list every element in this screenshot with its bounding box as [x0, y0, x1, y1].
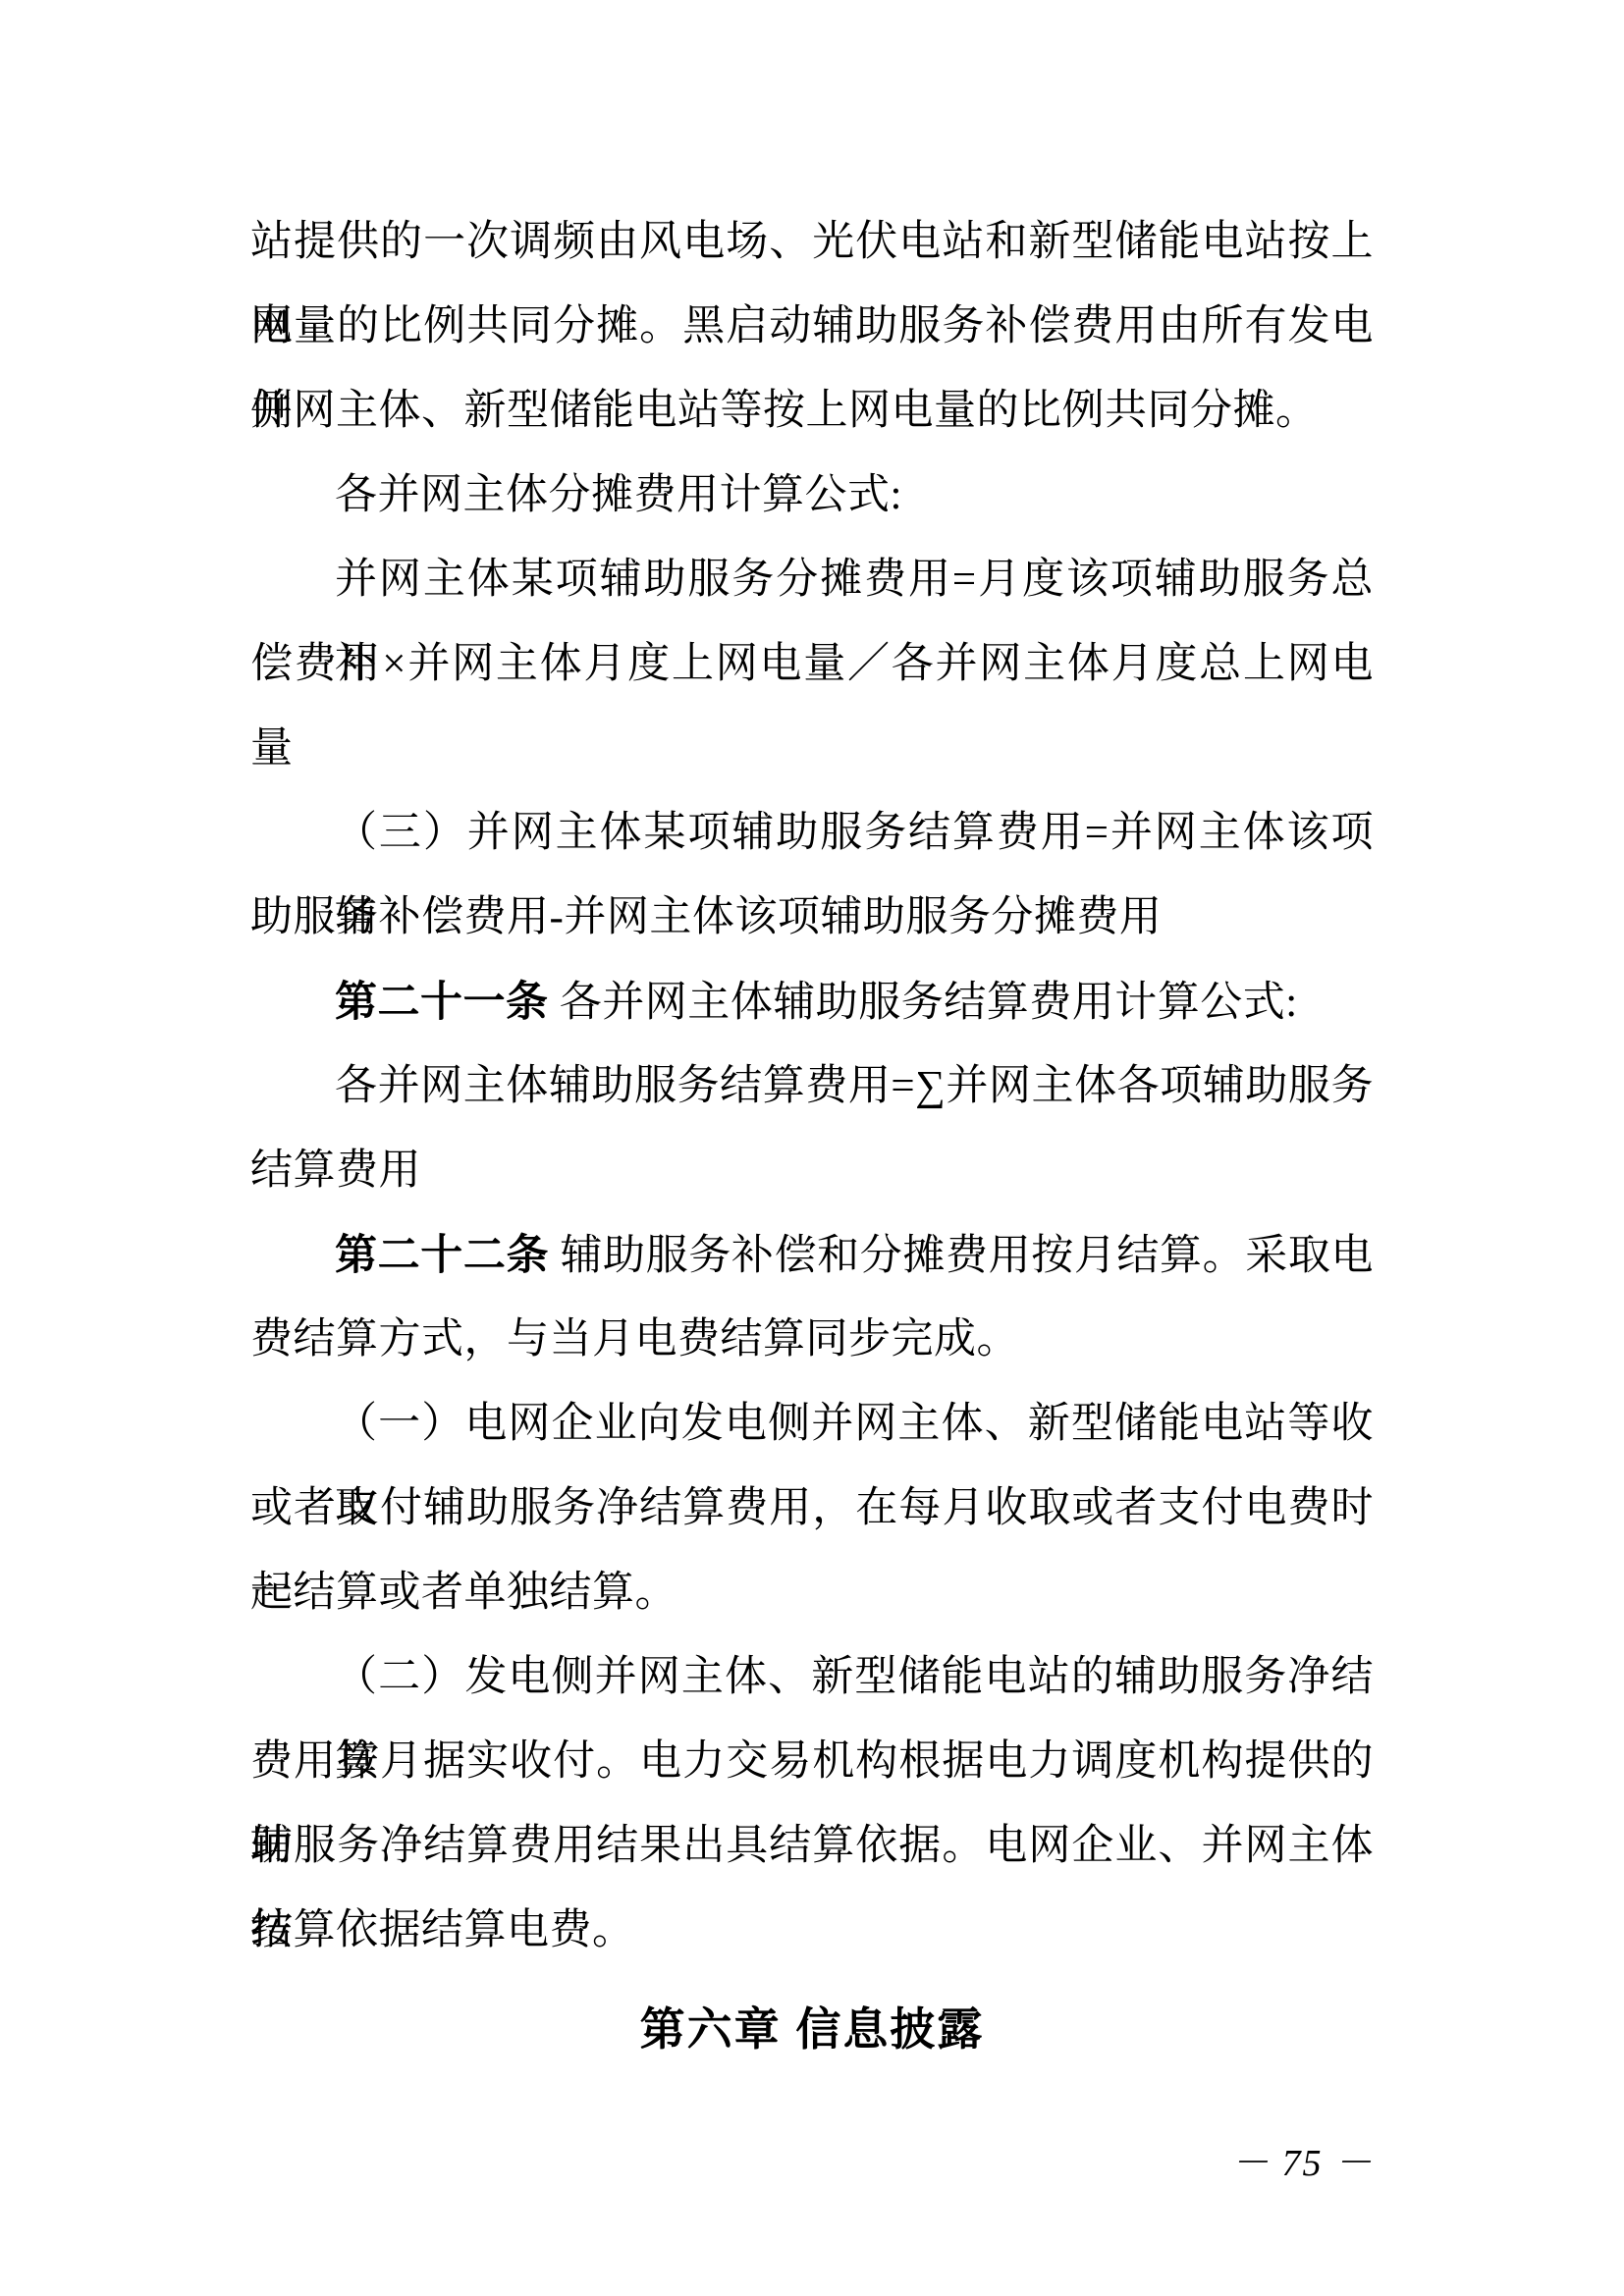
text-line: 第二十一条 各并网主体辅助服务结算费用计算公式:	[250, 960, 1374, 1044]
text-line: 起结算或者单独结算。	[250, 1551, 1374, 1635]
line-text: 各并网主体辅助服务结算费用计算公式:	[549, 980, 1298, 1026]
text-line: 助服务补偿费用-并网主体该项辅助服务分摊费用	[250, 876, 1374, 960]
chapter-heading: 第六章 信息披露	[250, 1987, 1374, 2071]
article-number: 第二十二条	[335, 1232, 549, 1279]
text-line: 电量的比例共同分摊。黑启动辅助服务补偿费用由所有发电侧	[250, 285, 1374, 369]
text-line: 站提供的一次调频由风电场、光伏电站和新型储能电站按上网	[250, 200, 1374, 285]
text-line: 助服务净结算费用结果出具结算依据。电网企业、并网主体按	[250, 1804, 1374, 1889]
text-line: （三）并网主体某项辅助服务结算费用=并网主体该项辅	[250, 791, 1374, 876]
line-text: 辅助服务补偿和分摊费用按月结算。采取电	[549, 1233, 1374, 1279]
text-line: 偿费用×并网主体月度上网电量／各并网主体月度总上网电	[250, 622, 1374, 707]
text-line: 费结算方式，与当月电费结算同步完成。	[250, 1298, 1374, 1382]
text-line: 并网主体、新型储能电站等按上网电量的比例共同分摊。	[250, 369, 1374, 454]
text-line: 结算依据结算电费。	[250, 1889, 1374, 1973]
page-number: － 75 －	[1231, 2132, 1374, 2186]
text-line: 并网主体某项辅助服务分摊费用=月度该项辅助服务总补	[250, 538, 1374, 622]
document-body: 站提供的一次调频由风电场、光伏电站和新型储能电站按上网 电量的比例共同分摊。黑启…	[250, 200, 1374, 2071]
document-page: 站提供的一次调频由风电场、光伏电站和新型储能电站按上网 电量的比例共同分摊。黑启…	[0, 0, 1624, 2296]
text-line: 各并网主体分摊费用计算公式:	[250, 454, 1374, 538]
text-line: 量	[250, 707, 1374, 791]
text-line: 第二十二条 辅助服务补偿和分摊费用按月结算。采取电	[250, 1213, 1374, 1298]
text-line: 结算费用	[250, 1129, 1374, 1213]
text-line: （二）发电侧并网主体、新型储能电站的辅助服务净结算	[250, 1635, 1374, 1720]
text-line: 费用按月据实收付。电力交易机构根据电力调度机构提供的辅	[250, 1720, 1374, 1804]
article-number: 第二十一条	[335, 979, 549, 1026]
text-line: 各并网主体辅助服务结算费用=∑并网主体各项辅助服务	[250, 1044, 1374, 1129]
text-line: 或者支付辅助服务净结算费用，在每月收取或者支付电费时一	[250, 1467, 1374, 1551]
text-line: （一）电网企业向发电侧并网主体、新型储能电站等收取	[250, 1382, 1374, 1467]
